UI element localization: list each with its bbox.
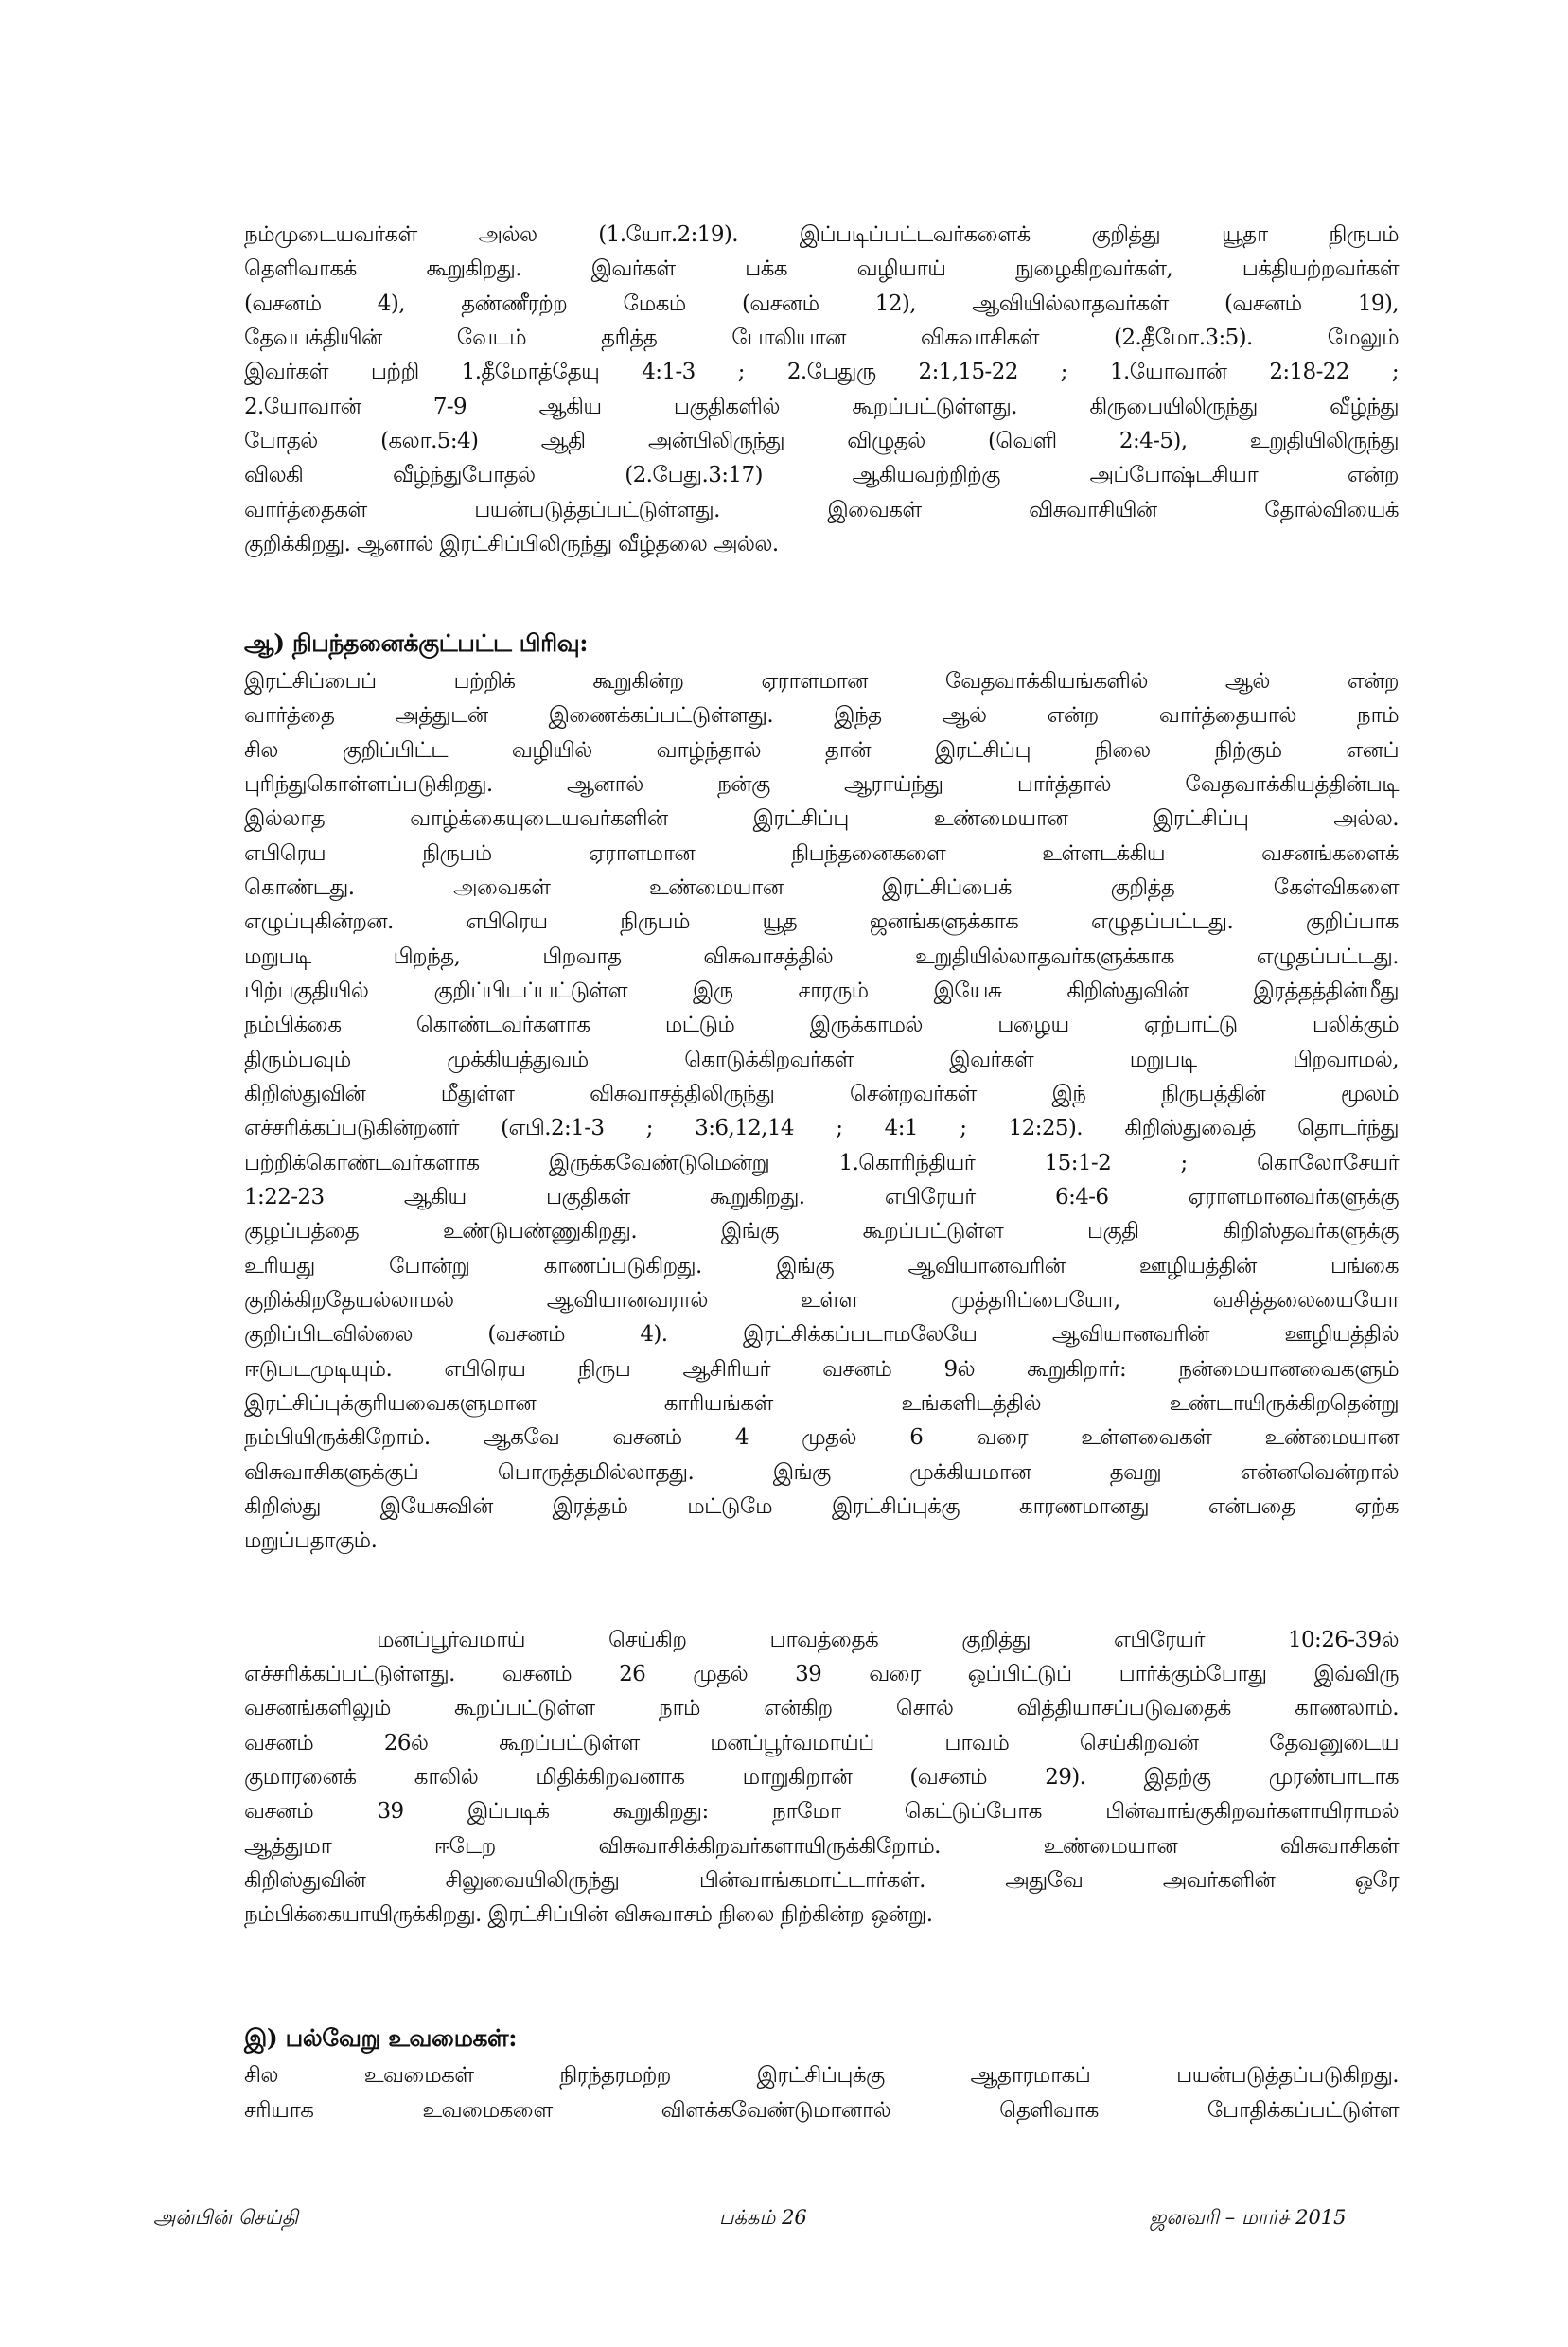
text-line: கிறிஸ்துவின் சிலுவையிலிருந்து பின்வாங்கம… (244, 1865, 1399, 1896)
text-line: எபிரெய நிருபம் ஏராளமான நிபந்தனைகளை உள்ளட… (244, 838, 1399, 869)
text-line: கிறிஸ்துவின் மீதுள்ள விசுவாசத்திலிருந்து… (244, 1079, 1399, 1109)
text-line: வசனங்களிலும் கூறப்பட்டுள்ள நாம் என்கிற ச… (244, 1693, 1399, 1723)
text-line: புரிந்துகொள்ளப்படுகிறது. ஆனால் நன்கு ஆரா… (244, 769, 1399, 800)
footer-page-number: பக்கம் 26 (719, 2203, 807, 2232)
text-line: சில குறிப்பிட்ட வழியில் வாழ்ந்தால் தான் … (244, 735, 1399, 766)
text-line: திரும்பவும் முக்கியத்துவம் கொடுக்கிறவர்க… (244, 1045, 1399, 1075)
text-line: வசனம் 26ல் கூறப்பட்டுள்ள மனப்பூர்வமாய்ப்… (244, 1728, 1399, 1758)
text-line: குறிப்பிடவில்லை (வசனம் 4). இரட்சிக்கப்பட… (244, 1319, 1399, 1350)
section-heading-conditional: ஆ) நிபந்தனைக்குட்பட்ட பிரிவு: (244, 627, 588, 660)
text-line: இல்லாத வாழ்க்கையுடையவர்களின் இரட்சிப்பு … (244, 803, 1399, 834)
text-line: குறிக்கிறதேயல்லாமல் ஆவியானவரால் உள்ள முத… (244, 1285, 1399, 1315)
text-line: குமாரனைக் காலில் மிதிக்கிறவனாக மாறுகிறான… (244, 1762, 1399, 1792)
text-line: நம்பிக்கையாயிருக்கிறது. இரட்சிப்பின் விச… (244, 1899, 1399, 1930)
text-line: ஆத்துமா ஈடேற விசுவாசிக்கிறவர்களாயிருக்கி… (244, 1831, 1399, 1862)
text-line: மறுப்பதாகும். (244, 1526, 1399, 1556)
text-line: எழுப்புகின்றன. எபிரெய நிருபம் யூத ஜனங்கள… (244, 907, 1399, 937)
text-line: மறுபடி பிறந்த, பிறவாத விசுவாசத்தில் உறுத… (244, 942, 1399, 972)
text-line: தெளிவாகக் கூறுகிறது. இவர்கள் பக்க வழியாய… (244, 254, 1399, 284)
section-heading-parables: இ) பல்வேறு உவமைகள்: (244, 2022, 517, 2055)
text-line: சில உவமைகள் நிரந்தரமற்ற இரட்சிப்புக்கு ஆ… (244, 2060, 1399, 2091)
text-line: 1:22-23 ஆகிய பகுதிகள் கூறுகிறது. எபிரேயர… (244, 1182, 1399, 1212)
text-line: (வசனம் 4), தண்ணீரற்ற மேகம் (வசனம் 12), ஆ… (244, 289, 1399, 319)
text-line: உரியது போன்று காணப்படுகிறது. இங்கு ஆவியா… (244, 1251, 1399, 1281)
text-line: கொண்டது. அவைகள் உண்மையான இரட்சிப்பைக் கு… (244, 873, 1399, 903)
text-line: இரட்சிப்பைப் பற்றிக் கூறுகின்ற ஏராளமான வ… (244, 666, 1399, 697)
text-line: ஈடுபடமுடியும். எபிரெய நிருப ஆசிரியர் வசன… (244, 1354, 1399, 1385)
text-line: விசுவாசிகளுக்குப் பொருத்தமில்லாதது. இங்க… (244, 1457, 1399, 1488)
text-line: குழப்பத்தை உண்டுபண்ணுகிறது. இங்கு கூறப்ப… (244, 1216, 1399, 1246)
text-line: பிற்பகுதியில் குறிப்பிடப்பட்டுள்ள இரு சா… (244, 976, 1399, 1006)
text-line: தேவபக்தியின் வேடம் தரித்த போலியான விசுவா… (244, 323, 1399, 353)
text-line: பற்றிக்கொண்டவர்களாக இருக்கவேண்டுமென்று 1… (244, 1148, 1399, 1178)
text-line: 2.யோவான் 7-9 ஆகிய பகுதிகளில் கூறப்பட்டுள… (244, 392, 1399, 422)
footer-publication-name: அன்பின் செய்தி (153, 2203, 298, 2232)
text-line: போதல் (கலா.5:4) ஆதி அன்பிலிருந்து விழுதல… (244, 426, 1399, 456)
text-line: வார்த்தை அத்துடன் இணைக்கப்பட்டுள்ளது. இந… (244, 700, 1399, 731)
text-line: நம்பிக்கை கொண்டவர்களாக மட்டும் இருக்காமல… (244, 1010, 1399, 1040)
text-line: வசனம் 39 இப்படிக் கூறுகிறது: நாமோ கெட்டு… (244, 1796, 1399, 1826)
text-line: குறிக்கிறது. ஆனால் இரட்சிப்பிலிருந்து வீ… (244, 529, 1399, 559)
text-line: இரட்சிப்புக்குரியவைகளுமான காரியங்கள் உங்… (244, 1388, 1399, 1419)
text-line: கிறிஸ்து இயேசுவின் இரத்தம் மட்டுமே இரட்ச… (244, 1491, 1399, 1522)
text-line: வார்த்தைகள் பயன்படுத்தப்பட்டுள்ளது. இவைக… (244, 495, 1399, 525)
footer-issue-date: ஜனவரி – மார்ச் 2015 (1150, 2203, 1347, 2232)
text-line: மனப்பூர்வமாய் செய்கிற பாவத்தைக் குறித்து… (377, 1625, 1399, 1655)
text-line: நம்பியிருக்கிறோம். ஆகவே வசனம் 4 முதல் 6 … (244, 1422, 1399, 1453)
text-line: எச்சரிக்கப்பட்டுள்ளது. வசனம் 26 முதல் 39… (244, 1659, 1399, 1689)
text-line: நம்முடையவர்கள் அல்ல (1.யோ.2:19). இப்படிப… (244, 220, 1399, 250)
text-line: எச்சரிக்கப்படுகின்றனர் (எபி.2:1-3 ; 3:6,… (244, 1113, 1399, 1143)
text-line: விலகி வீழ்ந்துபோதல் (2.பேது.3:17) ஆகியவற… (244, 460, 1399, 490)
text-line: சரியாக உவமைகளை விளக்கவேண்டுமானால் தெளிவா… (244, 2095, 1399, 2126)
text-line: இவர்கள் பற்றி 1.தீமோத்தேயு 4:1-3 ; 2.பேத… (244, 357, 1399, 387)
